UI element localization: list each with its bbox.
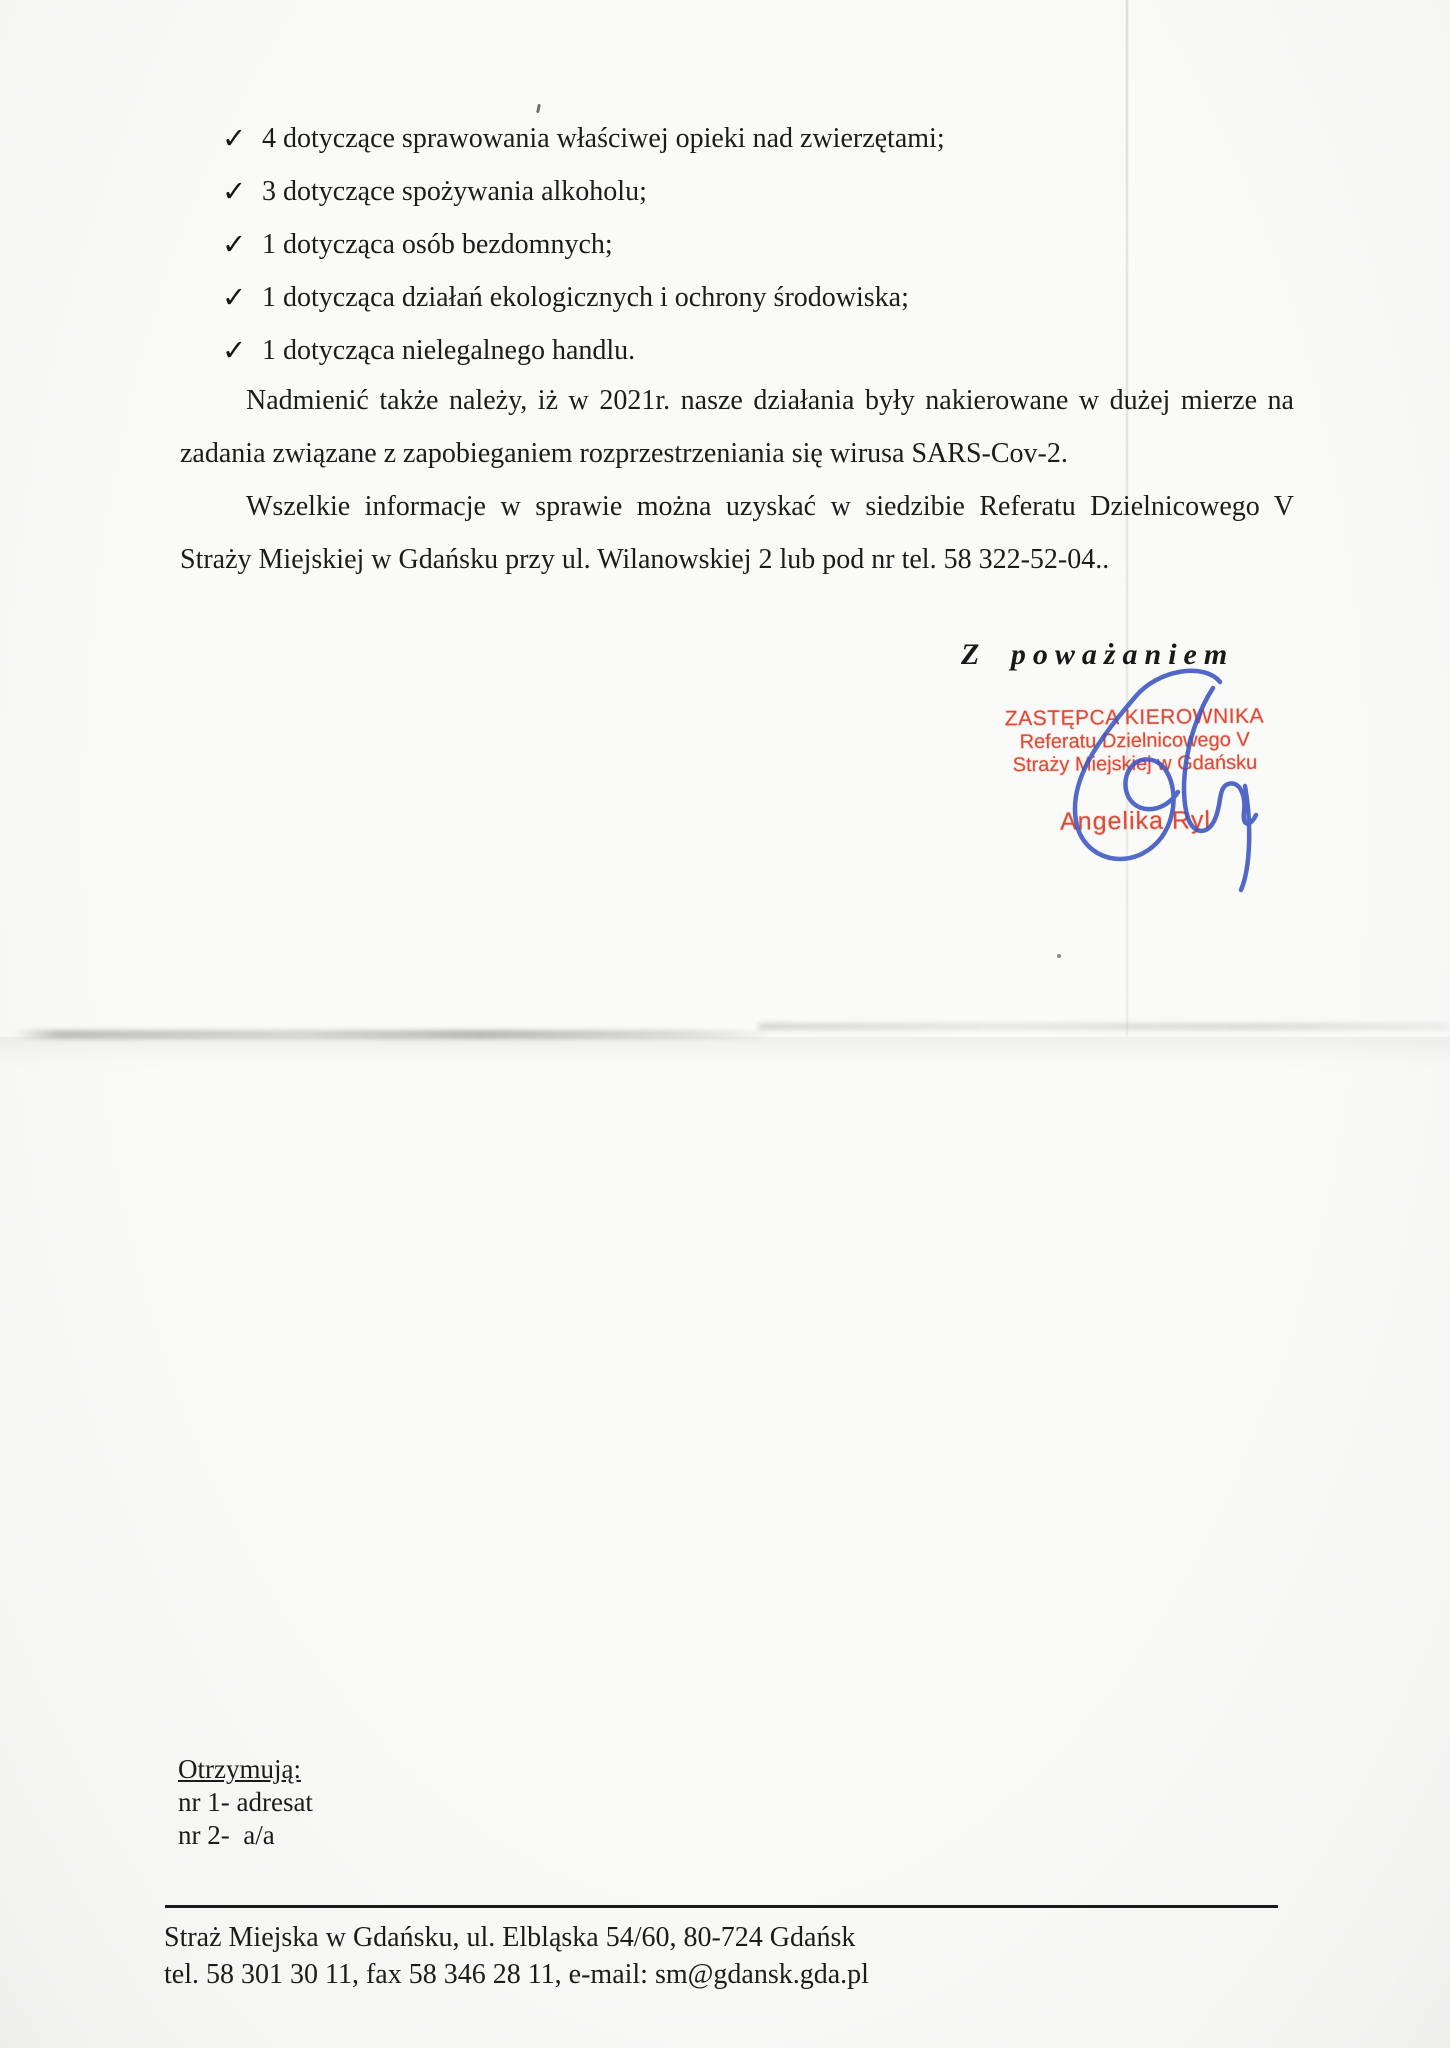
- handwritten-signature: [1012, 664, 1272, 914]
- list-item-text: 1 dotycząca osób bezdomnych;: [262, 218, 613, 271]
- list-item: ✓ 1 dotycząca działań ekologicznych i oc…: [222, 271, 945, 324]
- list-item-text: 3 dotyczące spożywania alkoholu;: [262, 165, 647, 218]
- list-item: ✓ 1 dotycząca nielegalnego handlu.: [222, 324, 945, 377]
- checkmark-icon: ✓: [222, 112, 262, 165]
- list-item-text: 1 dotycząca nielegalnego handlu.: [262, 324, 635, 377]
- distribution-item: nr 1- adresat: [178, 1786, 313, 1819]
- footer: Straż Miejska w Gdańsku, ul. Elbląska 54…: [164, 1919, 869, 1993]
- checkmark-icon: ✓: [222, 271, 262, 324]
- list-item: ✓ 4 dotyczące sprawowania właściwej opie…: [222, 112, 945, 165]
- footer-address: Straż Miejska w Gdańsku, ul. Elbląska 54…: [164, 1919, 869, 1956]
- list-item-text: 1 dotycząca działań ekologicznych i ochr…: [262, 271, 909, 324]
- list-item: ✓ 1 dotycząca osób bezdomnych;: [222, 218, 945, 271]
- footer-divider: [165, 1905, 1278, 1908]
- distribution-heading: Otrzymują:: [178, 1752, 313, 1786]
- footer-contacts: tel. 58 301 30 11, fax 58 346 28 11, e-m…: [164, 1956, 869, 1993]
- horizontal-crease-right: [758, 1023, 1450, 1030]
- crease-shadow-band: [0, 1037, 1450, 1067]
- checkmark-icon: ✓: [222, 165, 262, 218]
- distribution-list: Otrzymują: nr 1- adresat nr 2- a/a: [178, 1752, 313, 1852]
- checkmark-icon: ✓: [222, 324, 262, 377]
- paragraph: Wszelkie informacje w sprawie można uzys…: [180, 480, 1294, 586]
- body-paragraphs: Nadmienić także należy, iż w 2021r. nasz…: [180, 374, 1294, 586]
- scanned-letter-page: ✓ 4 dotyczące sprawowania właściwej opie…: [0, 0, 1450, 2048]
- list-item: ✓ 3 dotyczące spożywania alkoholu;: [222, 165, 945, 218]
- checkmark-icon: ✓: [222, 218, 262, 271]
- scan-speck: [1057, 954, 1061, 958]
- bullet-list: ✓ 4 dotyczące sprawowania właściwej opie…: [222, 112, 945, 377]
- paragraph: Nadmienić także należy, iż w 2021r. nasz…: [180, 374, 1294, 480]
- list-item-text: 4 dotyczące sprawowania właściwej opieki…: [262, 112, 945, 165]
- distribution-item: nr 2- a/a: [178, 1819, 313, 1852]
